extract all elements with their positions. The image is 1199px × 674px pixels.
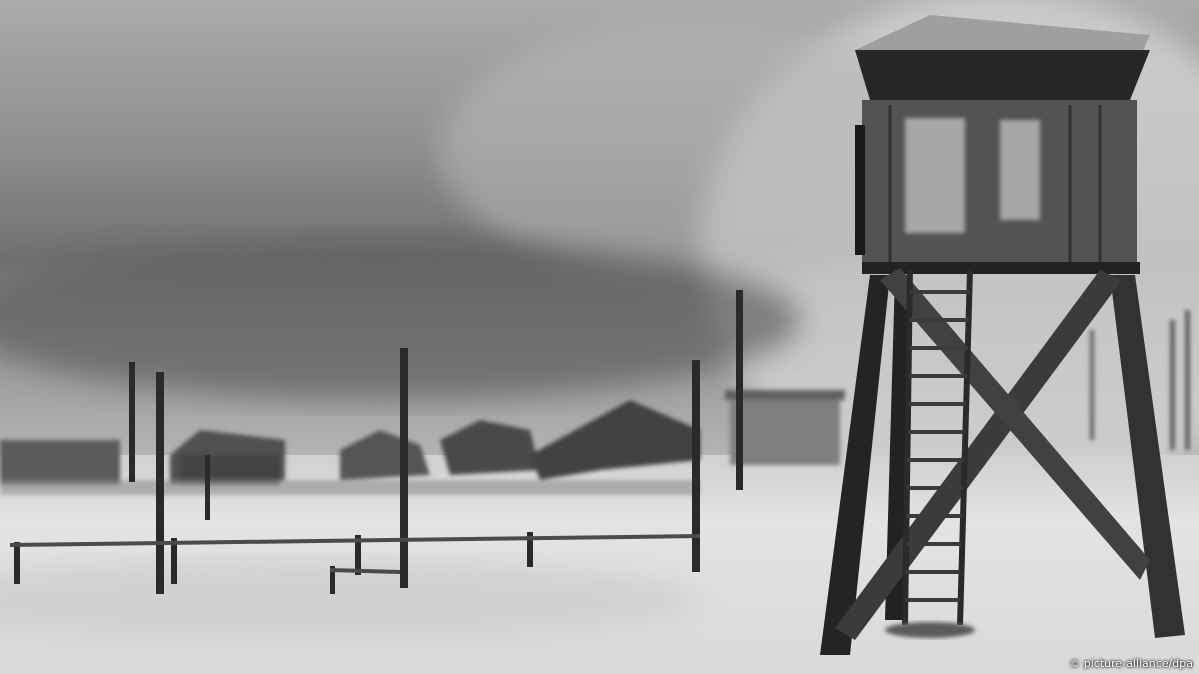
photo-scene — [0, 0, 1199, 674]
photo-credit: © picture-alliance/dpa — [1069, 657, 1193, 670]
historical-photo: © picture-alliance/dpa — [0, 0, 1199, 674]
